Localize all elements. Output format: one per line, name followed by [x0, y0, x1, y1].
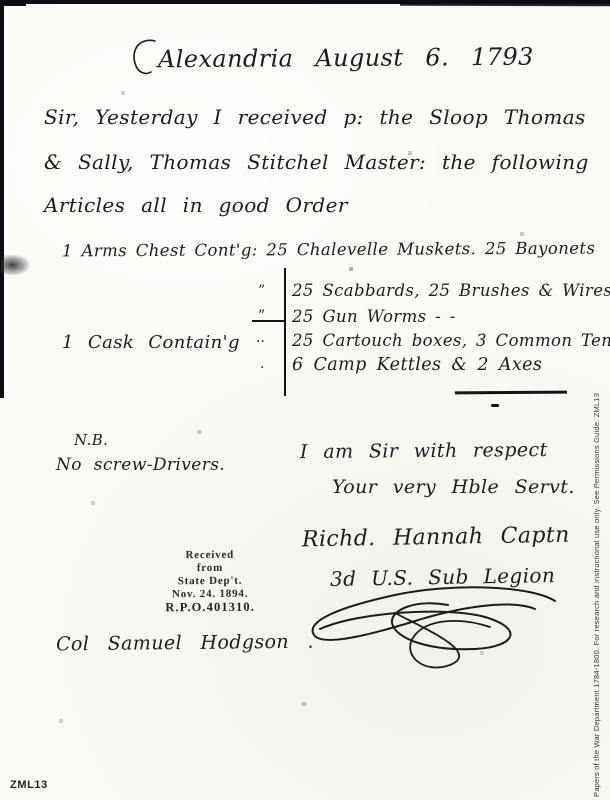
ditto-mark: ”: [258, 308, 265, 324]
closing-line-1: I am Sir with respect: [300, 439, 548, 463]
received-stamp: Received from State Dep't. Nov. 24. 1894…: [142, 549, 278, 615]
closing-line-2: Your very Hble Servt.: [332, 476, 575, 498]
corner-label: ZML13: [10, 779, 48, 791]
cask-item: 6 Camp Kettles & 2 Axes: [292, 355, 542, 375]
ditto-mark: .: [260, 356, 264, 372]
chest-line: 1 Arms Chest Cont'g: 25 Chalevelle Muske…: [62, 239, 595, 261]
nb-label: N.B.: [74, 431, 108, 449]
ditto-mark: ”: [258, 283, 265, 299]
scan-edge-top-segment: [400, 3, 610, 7]
addressee-line: Col Samuel Hodgson .: [56, 631, 314, 656]
cask-item: 25 Scabbards, 25 Brushes & Wires: [292, 281, 610, 300]
body-line-1: Sir, Yesterday I received p: the Sloop T…: [44, 105, 586, 129]
heading-flourish-icon: [128, 36, 158, 78]
stamp-line: from: [142, 562, 278, 576]
signature-name: Richd. Hannah Captn: [302, 523, 570, 553]
ink-smudge: [1, 255, 29, 275]
cask-label: 1 Cask Contain'g: [62, 332, 240, 353]
stamp-line: State Dep't.: [142, 575, 278, 589]
body-line-2: & Sally, Thomas Stitchel Master: the fol…: [44, 150, 589, 174]
nb-note: No screw-Drivers.: [56, 455, 225, 475]
bracket-stub: [252, 320, 285, 322]
bracket-line: [284, 268, 286, 396]
stray-dash: [491, 404, 499, 407]
stamp-line: R.P.O.401310.: [142, 601, 278, 615]
body-line-3: Articles all in good Order: [44, 193, 348, 217]
cask-item: 25 Gun Worms - -: [292, 307, 456, 326]
ditto-mark: ..: [256, 330, 265, 346]
stamp-line: Received: [142, 549, 278, 563]
scanned-letter-page: Alexandria August 6. 1793 Sir, Yesterday…: [0, 0, 610, 800]
side-margin: Papers of the War Department 1784-1800. …: [592, 373, 609, 797]
dateline: Alexandria August 6. 1793: [158, 43, 534, 74]
scan-noise-specks: [0, 0, 2, 2]
underline-rule: [455, 391, 567, 394]
scan-edge-left: [0, 0, 4, 398]
side-margin-text: Papers of the War Department 1784-1800. …: [592, 373, 601, 797]
cask-item: 25 Cartouch boxes, 3 Common Tents: [292, 331, 610, 350]
signature-flourish-icon: [300, 583, 570, 673]
